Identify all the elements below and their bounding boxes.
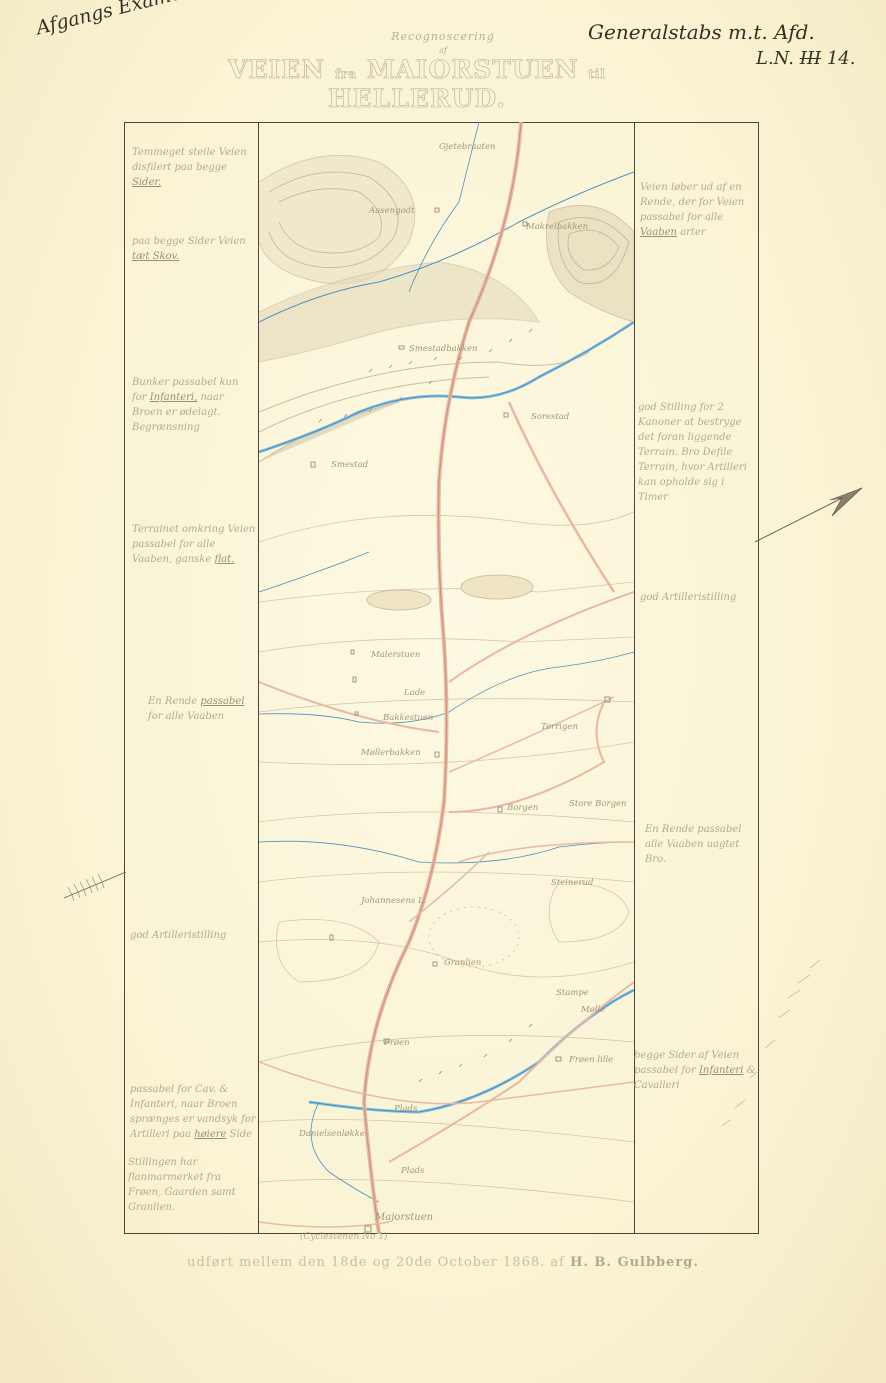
title-part3: HELLERUD.	[328, 84, 506, 113]
left-note: Stillingen har flanmarmerket fra Frøen, …	[128, 1155, 256, 1215]
footer-by: af	[550, 1255, 565, 1270]
note-underlined: Infanteri,	[150, 392, 198, 403]
right-note: En Rende passabel alle Vaaben uagtet Bro…	[645, 822, 755, 867]
note-underlined: tæt Skov.	[132, 251, 179, 262]
place-label: Smestad	[331, 460, 368, 470]
title-part1: VEIEN	[228, 55, 325, 84]
north-arrow-icon	[750, 480, 870, 550]
frame-footnote: (Cyclestenen No 1)	[300, 1232, 387, 1242]
map-subtitle: Recognoscering	[0, 30, 886, 43]
footer-author: H. B. Gulbberg.	[570, 1255, 699, 1270]
place-label: Stampe	[556, 988, 589, 998]
place-label: Plads	[401, 1166, 424, 1176]
place-label: Plads	[394, 1104, 417, 1114]
note-text: En Rende	[148, 696, 197, 707]
right-note: god Artilleristilling	[640, 590, 756, 605]
feather-arrow-icon	[60, 866, 130, 906]
contour-lines	[259, 512, 634, 1202]
paper-stain	[660, 940, 840, 1140]
right-note: god Stilling for 2 Kanoner at bestryge d…	[638, 400, 756, 505]
left-note: passabel for Cav. & Infanteri, naar Broe…	[130, 1082, 256, 1142]
place-label: Sorestad	[531, 412, 569, 422]
note-text: Temmeget steile Veien disfilert paa begg…	[132, 147, 247, 173]
place-label: Malerstuen	[371, 650, 420, 660]
left-note: paa begge Sider Veien tæt Skov.	[132, 234, 256, 264]
left-note: En Rende passabel for alle Vaaben	[148, 694, 256, 724]
place-label: Møllerbakken	[361, 748, 421, 758]
place-label: Frøen lille	[569, 1055, 613, 1065]
place-label: Mølle	[581, 1005, 605, 1015]
right-note: Veien løber ud af en Rende, der for Veie…	[640, 180, 755, 240]
title-til: til	[588, 67, 606, 81]
note-text: Terrainet omkring Veien passabel for all…	[132, 524, 255, 565]
note-text: god Artilleristilling	[640, 592, 736, 603]
place-label: Frøen	[384, 1038, 410, 1048]
title-fra: fra	[335, 67, 357, 81]
place-label: Granlien	[444, 958, 481, 968]
note-text: Veien løber ud af en Rende, der for Veie…	[640, 182, 744, 223]
place-label: Store Borgen	[569, 799, 627, 809]
note-underlined: Sider.	[132, 177, 161, 188]
map-title: VEIEN fra MAIORSTUEN til HELLERUD.	[212, 55, 622, 113]
slope-marks	[319, 329, 532, 1082]
note-underlined: Vaaben	[640, 227, 677, 238]
title-part2: MAIORSTUEN	[367, 55, 579, 84]
note-text: for alle Vaaben	[148, 711, 224, 722]
note-text: Side	[230, 1129, 252, 1140]
place-label: Majorstuen	[375, 1212, 433, 1223]
note-text: god Stilling for 2 Kanoner at bestryge d…	[638, 402, 747, 503]
place-label: Danielsenløkke	[299, 1129, 365, 1139]
place-label: Gjetebraaten	[439, 142, 495, 152]
place-label: Johannesens L.	[361, 896, 426, 906]
note-underlined: passabel	[200, 696, 244, 707]
place-label: Smestadbakken	[409, 344, 478, 354]
note-text: arter	[680, 227, 705, 238]
map-footer: udført mellem den 18de og 20de October 1…	[0, 1255, 886, 1270]
place-label: Aasengodt	[369, 206, 415, 216]
left-note: Temmeget steile Veien disfilert paa begg…	[132, 145, 256, 190]
place-label: Steinerud	[551, 878, 593, 888]
note-text: paa begge Sider Veien	[132, 236, 246, 247]
place-label: Bakkestuen	[383, 713, 433, 723]
left-note: Bunker passabel kun for Infanteri, naar …	[132, 375, 256, 435]
note-text: Stillingen har flanmarmerket fra Frøen, …	[128, 1157, 236, 1213]
place-label: Makrelbakken	[526, 222, 588, 232]
footer-executed: udført mellem den 18de og 20de October 1…	[187, 1255, 545, 1270]
map-drawing	[259, 122, 634, 1234]
place-label: Tørrigen	[541, 722, 578, 732]
note-underlined: høiere	[194, 1129, 226, 1140]
left-note: Terrainet omkring Veien passabel for all…	[132, 522, 256, 567]
place-label: Borgen	[507, 803, 538, 813]
note-text: god Artilleristilling	[130, 930, 226, 941]
note-text: En Rende passabel alle Vaaben uagtet Bro…	[645, 824, 741, 865]
place-label: Lade	[404, 688, 425, 698]
map-strip: Gjetebraaten Aasengodt Makrelbakken Smes…	[258, 122, 635, 1234]
map-subtitle-of: af	[0, 46, 886, 55]
note-underlined: flat.	[214, 554, 234, 565]
left-note: god Artilleristilling	[130, 928, 256, 943]
